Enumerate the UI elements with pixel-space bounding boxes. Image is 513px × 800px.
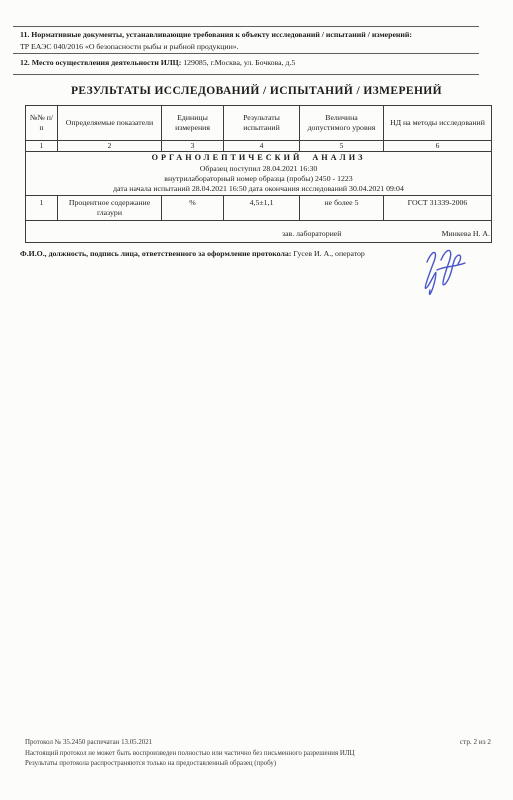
section-12: 12. Место осуществления деятельности ИЛЦ… <box>20 57 481 69</box>
footer-scope-note: Результаты протокола распространяются то… <box>25 759 355 770</box>
col-number: 6 <box>384 141 492 152</box>
footer-copy-restriction: Настоящий протокол не может быть воспрои… <box>25 749 355 760</box>
row-limit: не более 5 <box>300 196 384 221</box>
row-indicator: Процентное содержание глазури <box>58 196 162 221</box>
protocol-page: 11. Нормативные документы, устанавливающ… <box>0 0 513 800</box>
table-row: 1 Процентное содержание глазури % 4,5±1,… <box>26 196 492 221</box>
row-result: 4,5±1,1 <box>224 196 300 221</box>
responsible-person-line: Ф.И.О., должность, подпись лица, ответст… <box>20 249 443 260</box>
protocol-footer: Протокол № 35.2450 распечатан 13.05.2021… <box>25 738 355 770</box>
page-number: стр. 2 из 2 <box>460 738 491 746</box>
footer-protocol-number: Протокол № 35.2450 распечатан 13.05.2021 <box>25 738 355 749</box>
analysis-section-title: ОРГАНОЛЕПТИЧЕСКИЙ АНАЛИЗ <box>29 153 488 164</box>
sample-number-line: внутрилабораторный номер образца (пробы)… <box>29 174 488 184</box>
divider-line <box>13 53 479 54</box>
analysis-section-row: ОРГАНОЛЕПТИЧЕСКИЙ АНАЛИЗ Образец поступи… <box>26 152 492 196</box>
responsible-value: Гусев И. А., оператор <box>293 249 365 258</box>
col-header-method: НД на методы исследований <box>384 106 492 141</box>
col-number: 1 <box>26 141 58 152</box>
col-header-num: №№ п/п <box>26 106 58 141</box>
row-num: 1 <box>26 196 58 221</box>
section-11: 11. Нормативные документы, устанавливающ… <box>20 29 481 52</box>
col-header-result: Результаты испытаний <box>224 106 300 141</box>
table-header-row: №№ п/п Определяемые показатели Единицы и… <box>26 106 492 141</box>
analysis-section-cell: ОРГАНОЛЕПТИЧЕСКИЙ АНАЛИЗ Образец поступи… <box>26 152 492 196</box>
results-table: №№ п/п Определяемые показатели Единицы и… <box>25 105 492 243</box>
section-11-value: ТР ЕАЭС 040/2016 «О безопасности рыбы и … <box>20 42 239 51</box>
sample-received-line: Образец поступил 28.04.2021 16:30 <box>29 164 488 174</box>
col-header-limit: Величина допустимого уровня <box>300 106 384 141</box>
col-header-unit: Единицы измерения <box>162 106 224 141</box>
test-dates-line: дата начала испытаний 28.04.2021 16:50 д… <box>29 184 488 194</box>
section-12-value: 129085, г.Москва, ул. Бочкова, д.5 <box>183 58 295 67</box>
col-number: 4 <box>224 141 300 152</box>
handwritten-signature <box>417 240 471 302</box>
section-11-label: 11. Нормативные документы, устанавливающ… <box>20 30 412 39</box>
responsible-label: Ф.И.О., должность, подпись лица, ответст… <box>20 249 291 258</box>
row-unit: % <box>162 196 224 221</box>
col-number: 3 <box>162 141 224 152</box>
col-number: 5 <box>300 141 384 152</box>
col-header-indicator: Определяемые показатели <box>58 106 162 141</box>
divider-line <box>13 74 479 75</box>
section-12-label: 12. Место осуществления деятельности ИЛЦ… <box>20 58 181 67</box>
page-title: РЕЗУЛЬТАТЫ ИССЛЕДОВАНИЙ / ИСПЫТАНИЙ / ИЗ… <box>0 85 513 97</box>
approver-position: зав. лабораторией <box>282 229 341 239</box>
col-number: 2 <box>58 141 162 152</box>
column-number-row: 1 2 3 4 5 6 <box>26 141 492 152</box>
divider-line <box>13 26 479 27</box>
row-method: ГОСТ 31339-2006 <box>384 196 492 221</box>
approver-name: Минкева Н. А. <box>442 229 490 239</box>
